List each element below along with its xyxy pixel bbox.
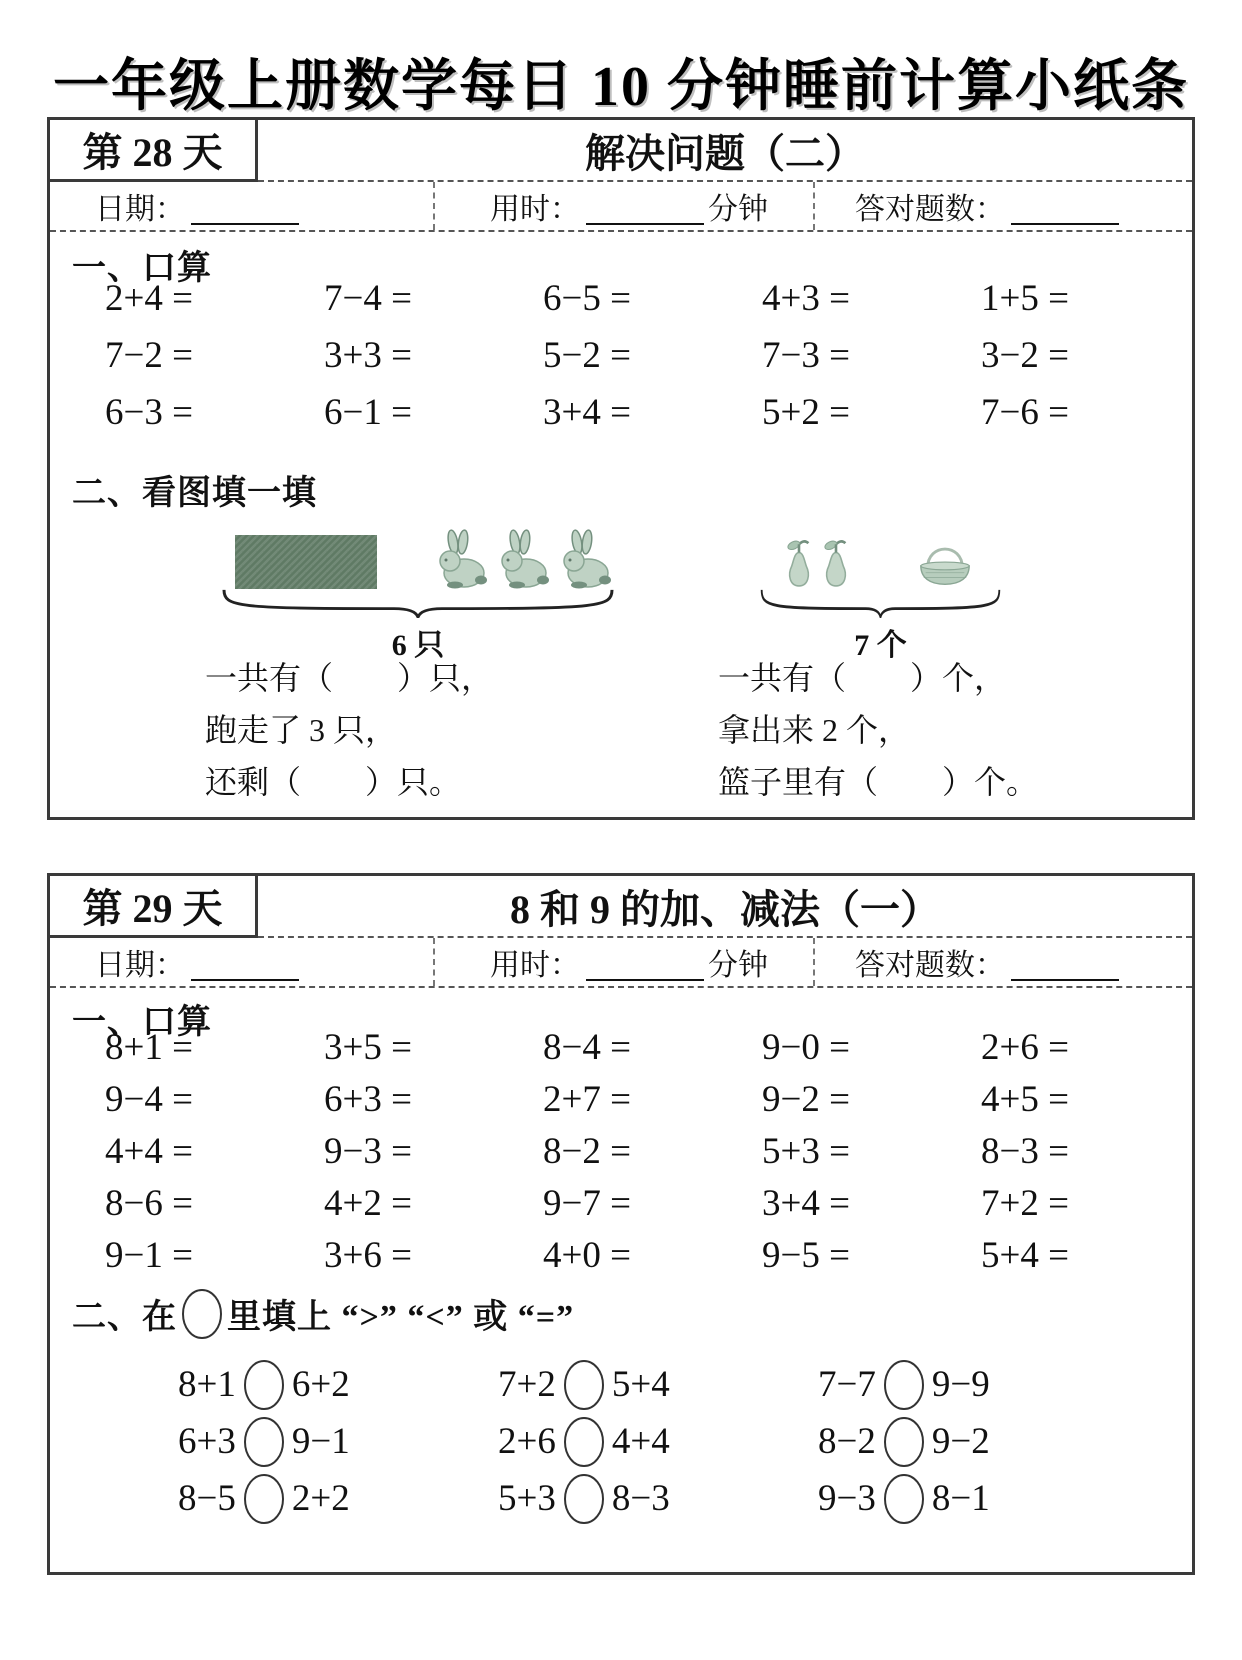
score-label: 答对题数： (855, 184, 1005, 228)
oral-problem: 4+3 = (732, 270, 951, 327)
day28-title: 解决问题（二） (258, 120, 1192, 182)
time-label: 用时： (490, 940, 580, 984)
worksheet-card-day28: 第 28 天 解决问题（二） 日期： 用时：分钟 答对题数： 一、口算 2+4 … (47, 117, 1195, 820)
day29-oral-grid: 8+1 = 3+5 = 8−4 = 9−0 = 2+6 = 9−4 = 6+3 … (75, 1021, 1170, 1281)
compare-right: 9−2 (932, 1420, 990, 1463)
oral-problem: 6+3 = (294, 1073, 513, 1125)
compare-left: 8−2 (818, 1420, 876, 1463)
oral-problem: 1+5 = (951, 270, 1170, 327)
compare-right: 5+4 (612, 1363, 670, 1406)
oral-problem: 4+5 = (951, 1073, 1170, 1125)
compare-right: 8−3 (612, 1477, 670, 1520)
hidden-group-rectangle-icon (235, 535, 377, 589)
compare-circle-icon (883, 1359, 925, 1411)
oral-problem: 8−2 = (513, 1125, 732, 1177)
day29-header: 第 29 天 8 和 9 的加、减法（一） (50, 876, 1192, 938)
compare-problem: 5+38−3 (498, 1470, 818, 1527)
oral-problem: 8−4 = (513, 1021, 732, 1073)
oral-problem: 4+2 = (294, 1177, 513, 1229)
time-label: 用时： (490, 184, 580, 228)
day28-meta-row: 日期： 用时：分钟 答对题数： (50, 182, 1192, 232)
oral-problem: 5−2 = (513, 327, 732, 384)
compare-left: 2+6 (498, 1420, 556, 1463)
compare-problem: 7+25+4 (498, 1356, 818, 1413)
right-figure-text: 一共有（ ）个， 拿出来 2 个， 篮子里有（ ）个。 (718, 652, 1038, 808)
oral-problem: 3+4 = (732, 1177, 951, 1229)
compare-circle-icon (563, 1359, 605, 1411)
compare-left: 8+1 (178, 1363, 236, 1406)
compare-problem: 8−52+2 (178, 1470, 498, 1527)
compare-circle-icon (243, 1359, 285, 1411)
day29-compare-grid: 8+16+2 7+25+4 7−79−9 6+39−1 2+64+4 8−29−… (178, 1356, 1138, 1527)
oral-problem: 5+4 = (951, 1229, 1170, 1281)
time-blank (586, 193, 704, 225)
oral-problem: 2+6 = (951, 1021, 1170, 1073)
score-field: 答对题数： (815, 938, 1192, 986)
day29-section2-title: 二、在里填上 “>” “<” 或 “=” (72, 1288, 574, 1340)
oral-problem: 8+1 = (75, 1021, 294, 1073)
compare-circle-icon (883, 1416, 925, 1468)
time-field: 用时：分钟 (433, 938, 815, 986)
oral-problem: 7−3 = (732, 327, 951, 384)
compare-right: 4+4 (612, 1420, 670, 1463)
oral-problem: 5+2 = (732, 384, 951, 441)
compare-left: 6+3 (178, 1420, 236, 1463)
underbrace-icon (758, 588, 1003, 618)
oral-problem: 4+4 = (75, 1125, 294, 1177)
oral-problem: 7−6 = (951, 384, 1170, 441)
worksheet-page: 一年级上册数学每日 10 分钟睡前计算小纸条 第 28 天 解决问题（二） 日期… (0, 0, 1242, 1660)
oral-problem: 6−3 = (75, 384, 294, 441)
oral-problem: 6−5 = (513, 270, 732, 327)
date-field: 日期： (50, 182, 433, 230)
compare-left: 7+2 (498, 1363, 556, 1406)
day28-header: 第 28 天 解决问题（二） (50, 120, 1192, 182)
compare-circle-icon (243, 1416, 285, 1468)
day28-badge: 第 28 天 (50, 120, 258, 182)
rabbit-icon (552, 528, 612, 590)
time-field: 用时：分钟 (433, 182, 815, 230)
date-field: 日期： (50, 938, 433, 986)
oral-problem: 9−7 = (513, 1177, 732, 1229)
compare-problem: 9−38−1 (818, 1470, 1138, 1527)
pear-icon (820, 538, 852, 588)
worksheet-card-day29: 第 29 天 8 和 9 的加、减法（一） 日期： 用时：分钟 答对题数： 一、… (47, 873, 1195, 1575)
oral-problem: 3+6 = (294, 1229, 513, 1281)
oral-problem: 7−2 = (75, 327, 294, 384)
page-title: 一年级上册数学每日 10 分钟睡前计算小纸条 (0, 42, 1242, 122)
figure-line: 拿出来 2 个， (718, 704, 1038, 756)
day29-title: 8 和 9 的加、减法（一） (258, 876, 1192, 938)
date-label: 日期： (95, 184, 185, 228)
rabbit-icon (428, 528, 488, 590)
oral-problem: 9−4 = (75, 1073, 294, 1125)
oral-problem: 2+7 = (513, 1073, 732, 1125)
score-field: 答对题数： (815, 182, 1192, 230)
section2-title-post: 里填上 “>” “<” 或 “=” (227, 1299, 574, 1336)
day28-oral-grid: 2+4 = 7−4 = 6−5 = 4+3 = 1+5 = 7−2 = 3+3 … (75, 270, 1170, 441)
oral-problem: 8−3 = (951, 1125, 1170, 1177)
oral-problem: 7−4 = (294, 270, 513, 327)
figure-line: 一共有（ ）个， (718, 652, 1038, 704)
compare-right: 6+2 (292, 1363, 350, 1406)
day29-meta-row: 日期： 用时：分钟 答对题数： (50, 938, 1192, 988)
oral-problem: 3−2 = (951, 327, 1170, 384)
compare-left: 8−5 (178, 1477, 236, 1520)
compare-problem: 7−79−9 (818, 1356, 1138, 1413)
oral-problem: 9−2 = (732, 1073, 951, 1125)
compare-circle-icon (563, 1473, 605, 1525)
oral-problem: 7+2 = (951, 1177, 1170, 1229)
compare-problem: 2+64+4 (498, 1413, 818, 1470)
figure-line: 跑走了 3 只， (205, 704, 493, 756)
figure-line: 还剩（ ）只。 (205, 756, 493, 808)
date-label: 日期： (95, 940, 185, 984)
pear-icon (783, 538, 815, 588)
rabbit-icon (490, 528, 550, 590)
compare-right: 8−1 (932, 1477, 990, 1520)
oral-problem: 9−5 = (732, 1229, 951, 1281)
compare-left: 7−7 (818, 1363, 876, 1406)
compare-problem: 6+39−1 (178, 1413, 498, 1470)
day28-section2-title: 二、看图填一填 (72, 465, 317, 514)
score-blank (1011, 193, 1119, 225)
figure-line: 一共有（ ）只， (205, 652, 493, 704)
figure-line: 篮子里有（ ）个。 (718, 756, 1038, 808)
compare-right: 9−1 (292, 1420, 350, 1463)
time-unit: 分钟 (708, 940, 768, 984)
time-unit: 分钟 (708, 184, 768, 228)
compare-right: 2+2 (292, 1477, 350, 1520)
date-blank (191, 193, 299, 225)
basket-icon (916, 540, 974, 588)
score-blank (1011, 949, 1119, 981)
oral-problem: 3+5 = (294, 1021, 513, 1073)
oral-problem: 9−3 = (294, 1125, 513, 1177)
section2-title-pre: 二、在 (72, 1299, 177, 1336)
compare-circle-icon (563, 1416, 605, 1468)
compare-circle-icon (883, 1473, 925, 1525)
score-label: 答对题数： (855, 940, 1005, 984)
oral-problem: 8−6 = (75, 1177, 294, 1229)
compare-left: 5+3 (498, 1477, 556, 1520)
oral-problem: 3+4 = (513, 384, 732, 441)
compare-left: 9−3 (818, 1477, 876, 1520)
underbrace-icon (218, 588, 618, 618)
oral-problem: 5+3 = (732, 1125, 951, 1177)
left-figure-text: 一共有（ ）只， 跑走了 3 只， 还剩（ ）只。 (205, 652, 493, 808)
oral-problem: 3+3 = (294, 327, 513, 384)
compare-problem: 8+16+2 (178, 1356, 498, 1413)
oral-problem: 2+4 = (75, 270, 294, 327)
compare-problem: 8−29−2 (818, 1413, 1138, 1470)
time-blank (586, 949, 704, 981)
day29-badge: 第 29 天 (50, 876, 258, 938)
date-blank (191, 949, 299, 981)
oral-problem: 9−1 = (75, 1229, 294, 1281)
oral-problem: 6−1 = (294, 384, 513, 441)
oral-problem: 4+0 = (513, 1229, 732, 1281)
compare-circle-icon (181, 1288, 223, 1340)
oral-problem: 9−0 = (732, 1021, 951, 1073)
compare-right: 9−9 (932, 1363, 990, 1406)
compare-circle-icon (243, 1473, 285, 1525)
